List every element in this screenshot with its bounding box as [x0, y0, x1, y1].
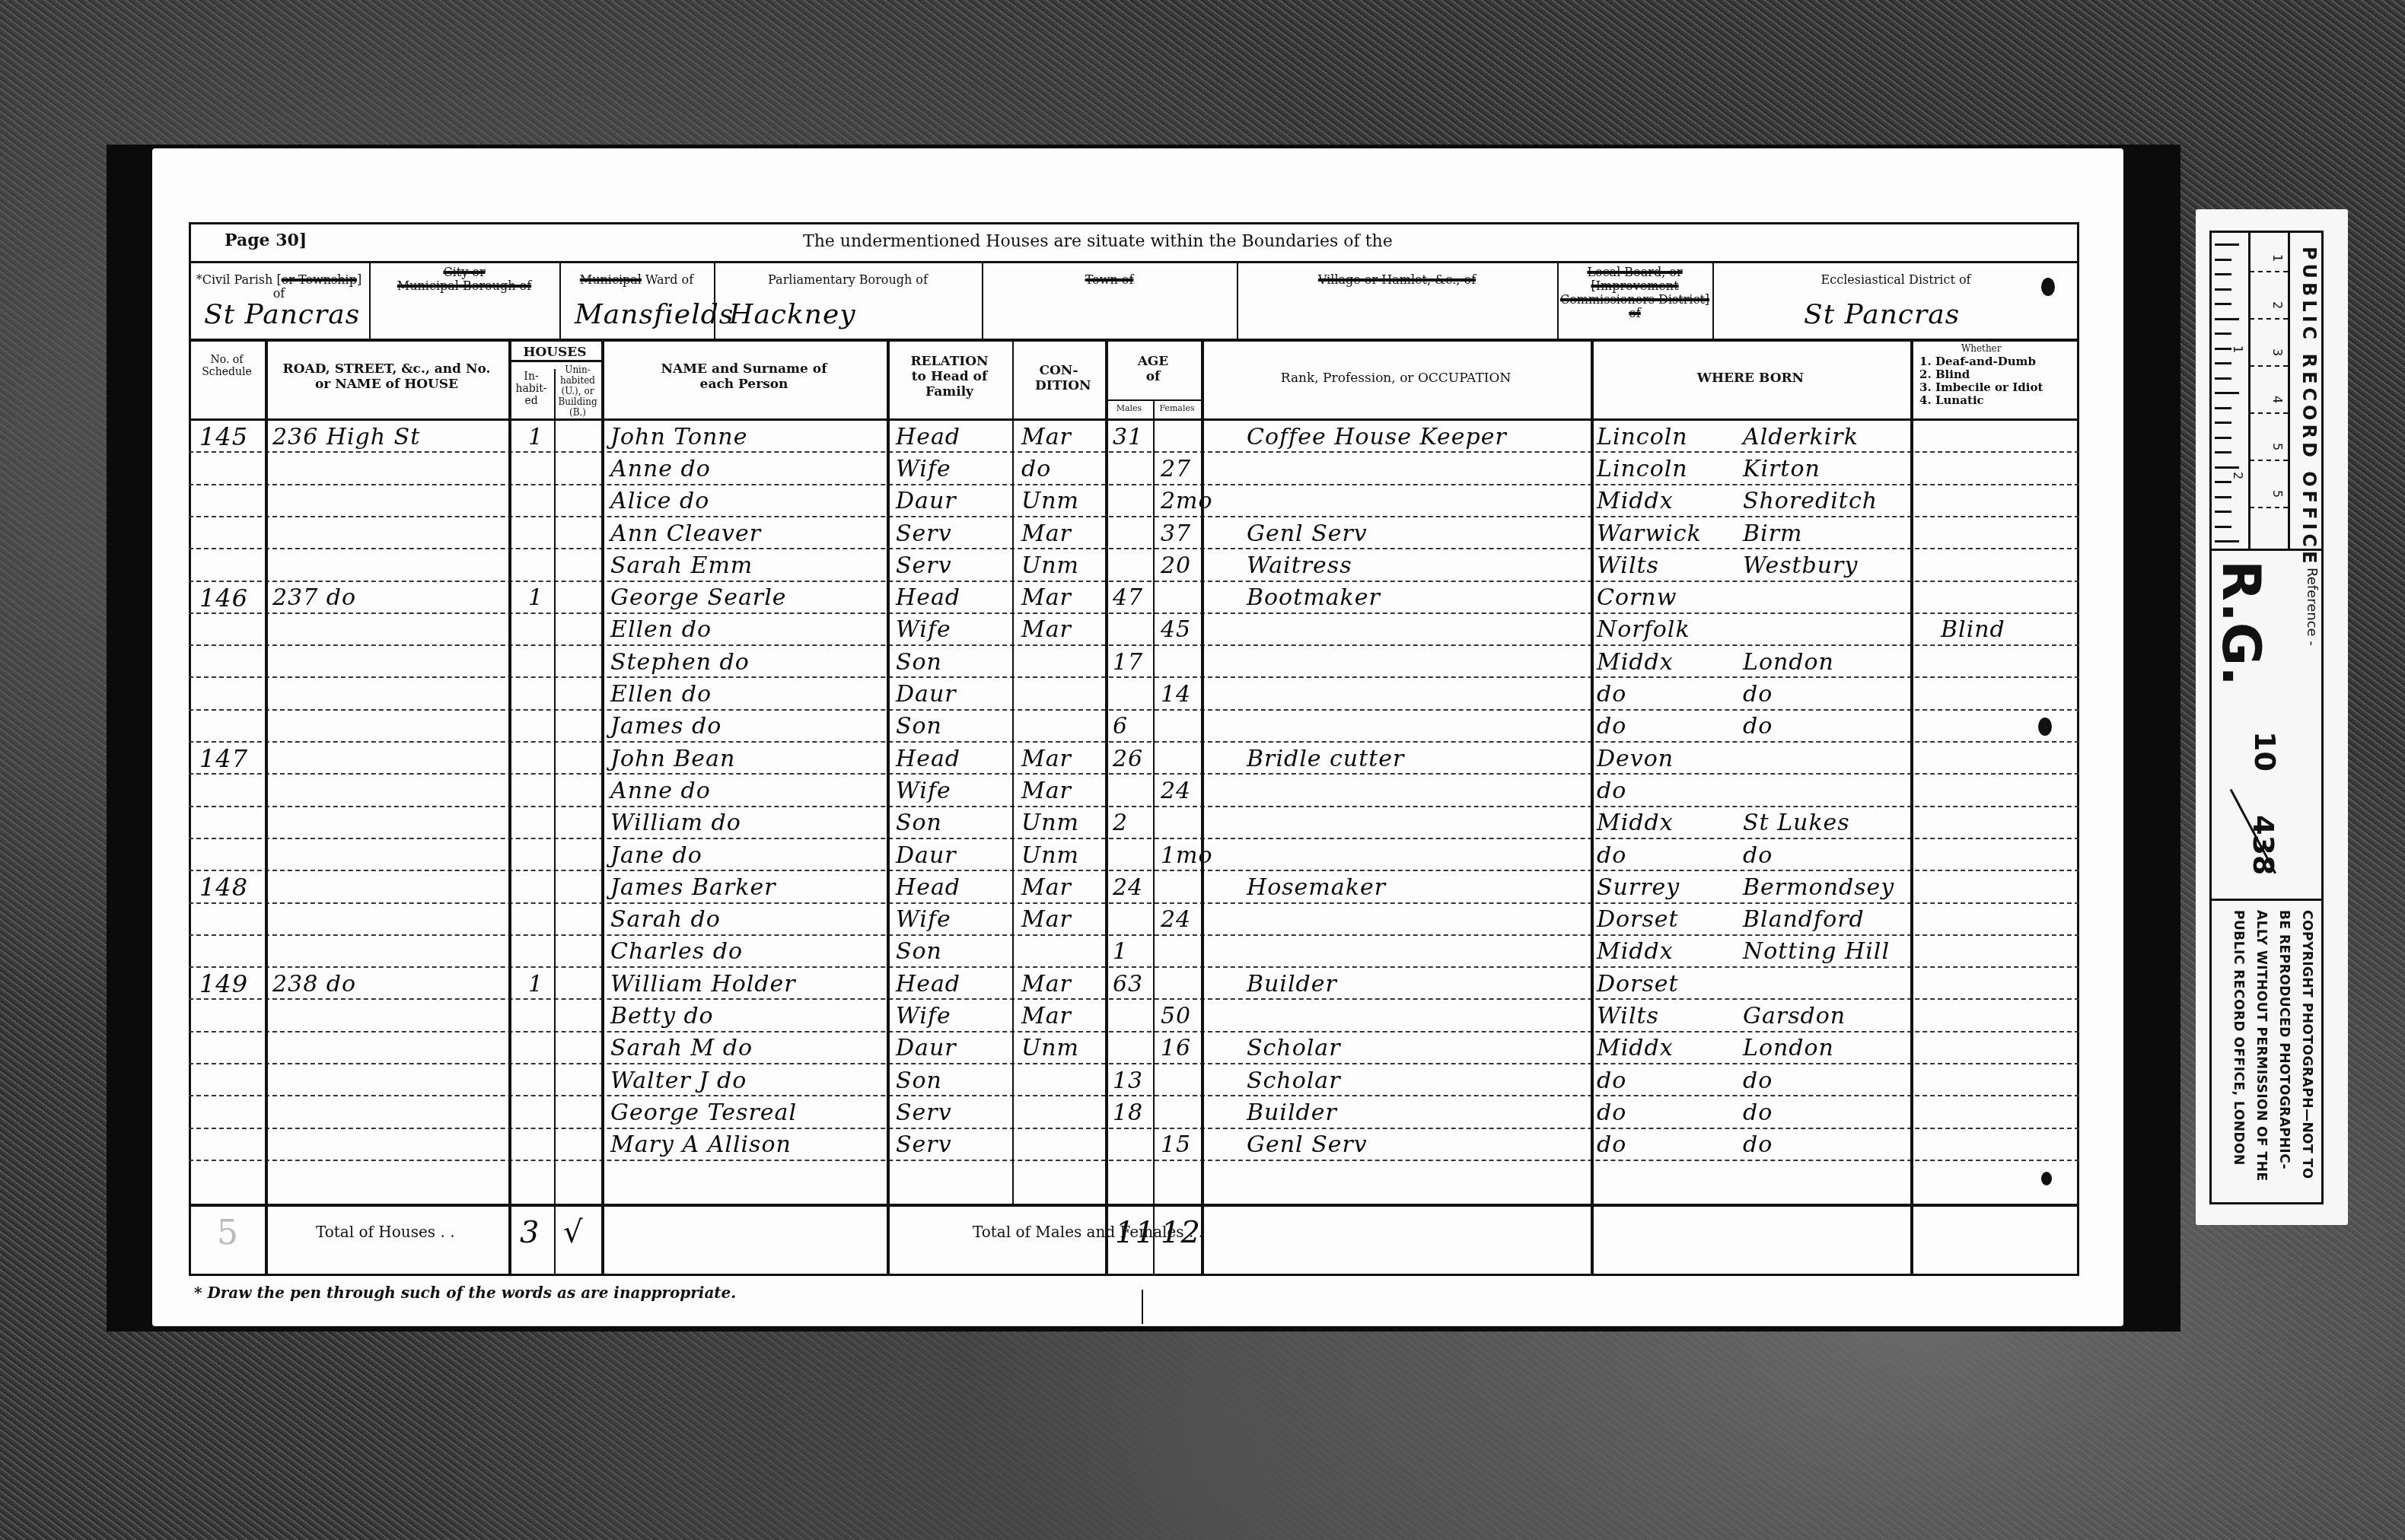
birth-place: London	[1743, 1034, 1834, 1063]
birth-county: Middx	[1597, 487, 1674, 516]
boundary-box: Village or Hamlet, &c., of	[1237, 262, 1557, 339]
marital-condition: Unm	[1021, 1034, 1079, 1063]
occupation: Builder	[1247, 969, 1337, 998]
male-age: 18	[1113, 1098, 1143, 1127]
marital-condition: Mar	[1021, 905, 1072, 934]
birth-county: Surrey	[1597, 873, 1680, 902]
copyright-line: ALLY WITHOUT PERMISSION OF THE	[2254, 910, 2269, 1182]
boundary-label: Parliamentary Borough of	[714, 273, 982, 287]
male-age: 2	[1113, 809, 1128, 838]
relation-to-head: Son	[896, 647, 942, 676]
relation-to-head: Wife	[896, 616, 951, 644]
birth-county: Middx	[1597, 647, 1674, 676]
male-age: 63	[1113, 969, 1143, 998]
boundary-label: City orMunicipal Borough of	[369, 266, 559, 293]
occupation: Scholar	[1247, 1066, 1341, 1095]
schedule-number: 146	[199, 584, 248, 612]
person-name: Stephen do	[610, 647, 750, 676]
person-name: William Holder	[610, 969, 796, 998]
column-header-infirmity: Whether1. Deaf-and-Dumb2. Blind3. Imbeci…	[1919, 342, 2043, 407]
relation-to-head: Wife	[896, 454, 951, 483]
ruler-tick	[2215, 377, 2231, 380]
marital-condition: Mar	[1021, 969, 1072, 998]
female-age: 37	[1161, 519, 1191, 548]
birth-place: do	[1743, 1066, 1773, 1095]
birth-place: Notting Hill	[1743, 937, 1890, 966]
person-name: William do	[610, 809, 741, 838]
marital-condition: Mar	[1021, 776, 1072, 805]
column-rule	[1153, 399, 1155, 1276]
boundary-value: St Pancras	[204, 299, 360, 330]
marital-condition: Mar	[1021, 584, 1072, 612]
boundary-box: Municipal Ward ofMansfields	[559, 262, 714, 339]
relation-to-head: Daur	[896, 1034, 957, 1063]
female-age: 50	[1161, 1001, 1191, 1030]
relation-to-head: Head	[896, 744, 960, 773]
copyright-line: COPYRIGHT PHOTOGRAPH—NOT TO	[2299, 910, 2314, 1179]
occupation: Genl Serv	[1247, 1131, 1368, 1160]
divider	[189, 339, 2079, 342]
ruler-tick	[2215, 318, 2239, 320]
column-header-males: Males	[1105, 402, 1153, 415]
boundary-box: Town of	[982, 262, 1237, 339]
boundary-label: Town of	[982, 273, 1237, 287]
person-name: Sarah Emm	[610, 551, 753, 580]
column-header-where_born: WHERE BORN	[1591, 371, 1910, 386]
ruler-tick	[2215, 362, 2231, 364]
female-age: 14	[1161, 679, 1191, 708]
birth-county: Wilts	[1597, 551, 1659, 580]
female-age: 20	[1161, 551, 1191, 580]
column-header-schedule: No. of Schedule	[189, 354, 265, 378]
birth-place: do	[1743, 679, 1773, 708]
marital-condition: Mar	[1021, 1001, 1072, 1030]
occupation: Genl Serv	[1247, 519, 1368, 548]
boundary-box: *Civil Parish [or Township] ofSt Pancras	[189, 262, 369, 339]
ruler-tick	[2215, 422, 2231, 424]
road-address: 237 do	[272, 584, 356, 612]
total-houses-inhabited: 3	[520, 1215, 540, 1250]
birth-county: Lincoln	[1597, 422, 1688, 451]
ruler-number: 2	[2270, 301, 2285, 309]
person-name: Alice do	[610, 487, 709, 516]
reference-label: Reference -	[2304, 568, 2320, 646]
column-rule	[1591, 340, 1594, 1276]
male-age: 17	[1113, 647, 1143, 676]
relation-to-head: Son	[896, 937, 942, 966]
column-rule	[1201, 340, 1204, 1276]
ruler-number: 2	[2231, 472, 2245, 479]
column-header-houses: HOUSES	[508, 345, 601, 362]
ruler-number: 3	[2270, 348, 2285, 356]
occupation: Waitress	[1247, 551, 1352, 580]
ruler-tick	[2215, 407, 2231, 409]
piece-number: 10	[2248, 731, 2282, 772]
total-males: 11	[1115, 1215, 1155, 1250]
marital-condition: Mar	[1021, 422, 1072, 451]
archive-reference-strip: PUBLIC RECORD OFFICE 12345512 Reference …	[2196, 209, 2348, 1225]
column-header-occupation: Rank, Profession, or OCCUPATION	[1201, 371, 1591, 386]
ruler-tick	[2215, 451, 2231, 453]
marital-condition: Unm	[1021, 487, 1079, 516]
birth-county: Dorset	[1597, 905, 1679, 934]
copyright-line: BE REPRODUCED PHOTOGRAPHIC-	[2276, 910, 2292, 1169]
ruler-tick	[2215, 540, 2239, 542]
male-age: 47	[1113, 584, 1143, 612]
column-rule	[887, 340, 890, 1276]
column-header-road: ROAD, STREET, &c., and No. or NAME of HO…	[265, 361, 508, 392]
birth-county: Warwick	[1597, 519, 1702, 548]
boundary-value: Hackney	[729, 299, 856, 330]
relation-to-head: Wife	[896, 905, 951, 934]
marital-condition: do	[1021, 454, 1051, 483]
schedule-number: 147	[199, 744, 248, 773]
ruler-number: 1	[2231, 345, 2245, 353]
column-rule	[1012, 340, 1014, 1204]
document-title: The undermentioned Houses are situate wi…	[803, 232, 1393, 251]
ruler-tick	[2215, 496, 2231, 498]
person-name: James do	[610, 712, 721, 741]
birth-place: Birm	[1743, 519, 1802, 548]
relation-to-head: Wife	[896, 776, 951, 805]
ruler-tick	[2215, 466, 2239, 469]
occupation: Scholar	[1247, 1034, 1341, 1063]
person-name: John Bean	[610, 744, 735, 773]
census-row	[189, 839, 2079, 871]
ruler-number: 4	[2270, 396, 2285, 403]
birth-county: do	[1597, 841, 1626, 870]
person-name: Anne do	[610, 776, 711, 805]
birth-place: Kirton	[1743, 454, 1820, 483]
birth-county: Dorset	[1597, 969, 1679, 998]
house-inhabited: 1	[528, 969, 543, 998]
birth-county: do	[1597, 679, 1626, 708]
column-header-condition: CON-DITION	[1012, 363, 1105, 393]
binding-hole	[2041, 1172, 2052, 1185]
marital-condition: Unm	[1021, 809, 1079, 838]
boundary-box: City orMunicipal Borough of	[369, 262, 559, 339]
occupation: Builder	[1247, 1098, 1337, 1127]
ruler-tick	[2215, 259, 2231, 261]
person-name: Jane do	[610, 841, 702, 870]
female-age: 2mo	[1161, 487, 1213, 516]
relation-to-head: Wife	[896, 1001, 951, 1030]
total-females: 12	[1161, 1215, 1201, 1250]
census-row	[189, 678, 2079, 710]
infirmity-option: 3. Imbecile or Idiot	[1919, 381, 2043, 394]
birth-county: do	[1597, 1131, 1626, 1160]
occupation: Hosemaker	[1247, 873, 1386, 902]
ruler-tick	[2215, 392, 2239, 394]
relation-to-head: Son	[896, 809, 942, 838]
female-age: 45	[1161, 616, 1191, 644]
relation-to-head: Son	[896, 712, 942, 741]
column-header-name: NAME and Surname of each Person	[601, 361, 887, 392]
female-age: 27	[1161, 454, 1191, 483]
person-name: Walter J do	[610, 1066, 747, 1095]
female-age: 24	[1161, 905, 1191, 934]
ruler-number: 5	[2270, 490, 2285, 498]
ruler-number: 5	[2270, 443, 2285, 450]
schedule-number: 149	[199, 969, 248, 998]
footnote: * Draw the pen through such of the words…	[194, 1284, 736, 1302]
ruler-tick	[2215, 332, 2231, 335]
birth-county: do	[1597, 776, 1626, 805]
column-header-age: AGE of	[1105, 354, 1201, 384]
column-rule	[508, 340, 511, 1276]
census-page: Page 30] The undermentioned Houses are s…	[152, 148, 2123, 1326]
person-name: Sarah do	[610, 905, 721, 934]
person-name: Betty do	[610, 1001, 714, 1030]
ruler: PUBLIC RECORD OFFICE 12345512	[2212, 233, 2321, 551]
birth-place: do	[1743, 841, 1773, 870]
column-rule	[265, 340, 268, 1276]
boundary-label: Ecclesiastical District of	[1712, 273, 2079, 287]
person-name: Sarah M do	[610, 1034, 753, 1063]
census-row	[189, 711, 2079, 743]
page-label: Page 30]	[225, 231, 307, 250]
binding-hole	[2038, 717, 2052, 736]
person-name: Charles do	[610, 937, 743, 966]
divider	[189, 1204, 2079, 1207]
census-row	[189, 1129, 2079, 1161]
house-inhabited: 1	[528, 584, 543, 612]
female-age: 16	[1161, 1034, 1191, 1063]
row-rule	[189, 1160, 2079, 1161]
birth-place: London	[1743, 647, 1834, 676]
relation-to-head: Head	[896, 422, 960, 451]
birth-county: Wilts	[1597, 1001, 1659, 1030]
folio-number: 438	[2247, 815, 2280, 875]
occupation: Bootmaker	[1247, 584, 1381, 612]
birth-place: Garsdon	[1743, 1001, 1846, 1030]
boundary-box: Local Board, or [ImprovementCommissioner…	[1557, 262, 1712, 339]
birth-county: Middx	[1597, 937, 1674, 966]
person-name: John Tonne	[610, 422, 747, 451]
birth-place: do	[1743, 1131, 1773, 1160]
binding-hole	[2041, 278, 2055, 296]
person-name: Ann Cleaver	[610, 519, 761, 548]
ruler-tick	[2215, 437, 2231, 439]
road-address: 236 High St	[272, 422, 420, 451]
birth-county: Cornw	[1597, 584, 1677, 612]
column-rule	[1105, 340, 1108, 1276]
relation-to-head: Head	[896, 584, 960, 612]
strip-border: PUBLIC RECORD OFFICE 12345512 Reference …	[2209, 231, 2324, 1204]
relation-to-head: Daur	[896, 487, 957, 516]
fold-mark	[1142, 1290, 1143, 1324]
male-age: 6	[1113, 712, 1128, 741]
birth-place: do	[1743, 1098, 1773, 1127]
total-houses-label: Total of Houses . .	[316, 1223, 455, 1241]
marital-condition: Unm	[1021, 551, 1079, 580]
census-row	[189, 775, 2079, 807]
house-inhabited: 1	[528, 422, 543, 451]
birth-place: Bermondsey	[1743, 873, 1894, 902]
ruler-tick	[2215, 481, 2231, 483]
infirmity-option: 1. Deaf-and-Dumb	[1919, 355, 2043, 368]
person-name: George Tesreal	[610, 1098, 797, 1127]
marital-condition: Mar	[1021, 873, 1072, 902]
person-name: Mary A Allison	[610, 1131, 792, 1160]
marital-condition: Mar	[1021, 744, 1072, 773]
person-name: Anne do	[610, 454, 711, 483]
birth-place: St Lukes	[1743, 809, 1850, 838]
infirmity-option: 4. Lunatic	[1919, 394, 2043, 407]
total-houses-uninhabited: √	[563, 1215, 584, 1250]
copyright-line: PUBLIC RECORD OFFICE, LONDON	[2231, 910, 2246, 1166]
birth-county: Middx	[1597, 1034, 1674, 1063]
relation-to-head: Serv	[896, 519, 952, 548]
female-age: 15	[1161, 1131, 1191, 1160]
person-name: Ellen do	[610, 679, 712, 708]
census-row	[189, 614, 2079, 646]
marital-condition: Unm	[1021, 841, 1079, 870]
margin-note: 5	[217, 1214, 239, 1252]
road-address: 238 do	[272, 969, 356, 998]
infirmity-option: 2. Blind	[1919, 368, 2043, 381]
birth-place: do	[1743, 712, 1773, 741]
ruler-tick	[2215, 243, 2239, 246]
birth-county: do	[1597, 1066, 1626, 1095]
birth-county: do	[1597, 1098, 1626, 1127]
boundary-box: Parliamentary Borough ofHackney	[714, 262, 982, 339]
relation-to-head: Son	[896, 1066, 942, 1095]
column-header-females: Females	[1153, 402, 1201, 415]
column-header-relation: RELATION to Head of Family	[887, 354, 1012, 399]
ruler-tick	[2215, 526, 2231, 528]
series-code: R.G.	[2210, 560, 2273, 686]
boundary-label: Local Board, or [ImprovementCommissioner…	[1557, 266, 1712, 320]
birth-county: Devon	[1597, 744, 1674, 773]
boundary-value: St Pancras	[1804, 299, 1960, 330]
column-header-uninhabited: Unin-habited (U.), or Building (B.)	[554, 364, 601, 418]
column-rule	[1910, 340, 1913, 1276]
boundary-label: Village or Hamlet, &c., of	[1237, 273, 1557, 287]
relation-to-head: Daur	[896, 841, 957, 870]
occupation: Coffee House Keeper	[1247, 422, 1507, 451]
female-age: 1mo	[1161, 841, 1213, 870]
ruler-tick	[2215, 348, 2231, 350]
female-age: 24	[1161, 776, 1191, 805]
ruler-title: PUBLIC RECORD OFFICE	[2298, 247, 2320, 567]
person-name: James Barker	[610, 873, 776, 902]
schedule-number: 148	[199, 873, 248, 902]
infirmity-value: Blind	[1941, 616, 2005, 644]
ruler-tick	[2215, 273, 2231, 275]
boundary-box: Ecclesiastical District ofSt Pancras	[1712, 262, 2079, 339]
schedule-number: 145	[199, 422, 248, 451]
boundary-value: Mansfields	[575, 299, 734, 330]
birth-place: Shoreditch	[1743, 487, 1878, 516]
ruler-tick	[2215, 303, 2231, 305]
birth-county: Lincoln	[1597, 454, 1688, 483]
birth-county: Norfolk	[1597, 616, 1690, 644]
relation-to-head: Serv	[896, 1131, 952, 1160]
marital-condition: Mar	[1021, 519, 1072, 548]
male-age: 13	[1113, 1066, 1143, 1095]
relation-to-head: Head	[896, 969, 960, 998]
column-rule	[601, 340, 604, 1276]
marital-condition: Mar	[1021, 616, 1072, 644]
male-age: 24	[1113, 873, 1143, 902]
birth-place: Westbury	[1743, 551, 1858, 580]
relation-to-head: Head	[896, 873, 960, 902]
birth-county: do	[1597, 712, 1626, 741]
birth-county: Middx	[1597, 809, 1674, 838]
male-age: 26	[1113, 744, 1143, 773]
person-name: George Searle	[610, 584, 787, 612]
male-age: 1	[1113, 937, 1128, 966]
column-rule	[554, 369, 556, 1276]
birth-place: Alderkirk	[1743, 422, 1859, 451]
relation-to-head: Serv	[896, 1098, 952, 1127]
relation-to-head: Serv	[896, 551, 952, 580]
ruler-tick	[2215, 288, 2231, 291]
relation-to-head: Daur	[896, 679, 957, 708]
boundary-label: Municipal Ward of	[559, 273, 714, 287]
occupation: Bridle cutter	[1247, 744, 1404, 773]
ruler-number: 1	[2270, 254, 2285, 262]
birth-place: Blandford	[1743, 905, 1865, 934]
person-name: Ellen do	[610, 616, 712, 644]
ruler-tick	[2215, 511, 2231, 513]
male-age: 31	[1113, 422, 1143, 451]
boundary-label: *Civil Parish [or Township] of	[189, 273, 369, 301]
column-header-inhabited: In-habit-ed	[508, 371, 554, 407]
